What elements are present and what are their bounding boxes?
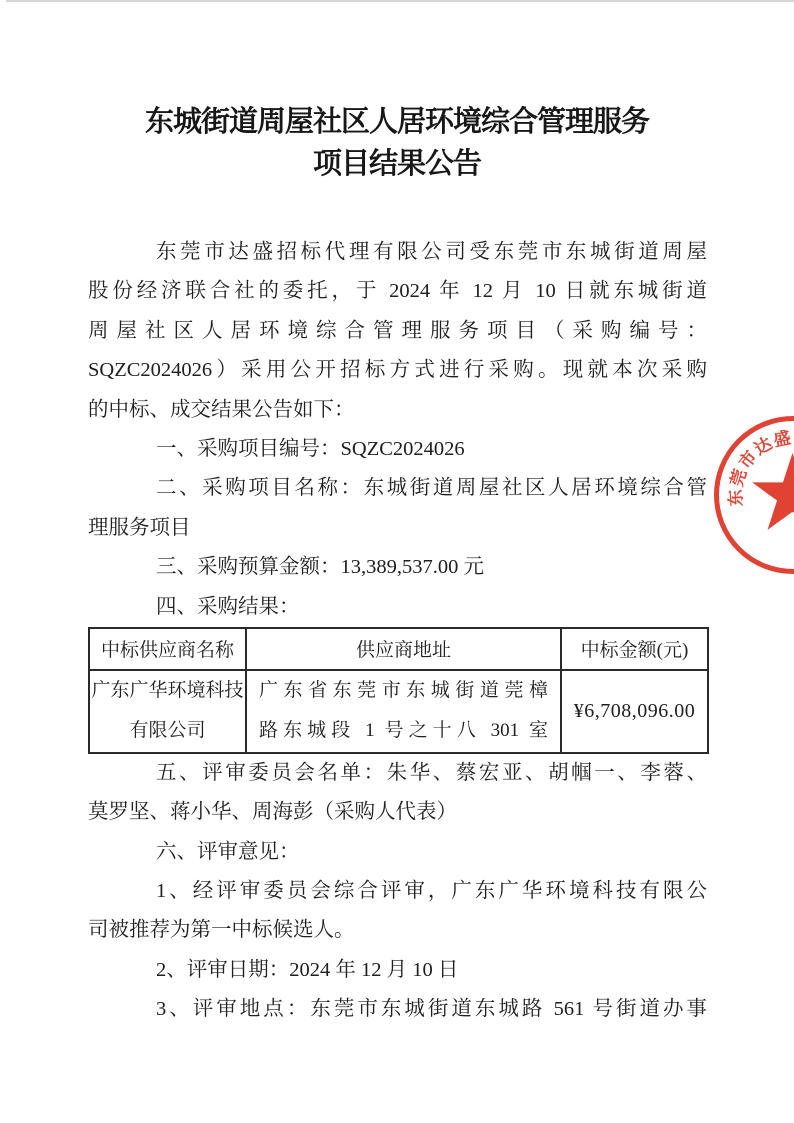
document-page: 东城街道周屋社区人居环境综合管理服务 项目结果公告 东莞市达盛招标代理有限公司受… [0, 0, 794, 1123]
supplier-address-line: 广东省东莞市东城街道莞樟 [247, 671, 560, 711]
body-line: 2、评审日期：2024 年 12 月 10 日 [88, 951, 707, 990]
body-line: 东莞市达盛招标代理有限公司受东莞市东城街道周屋 [88, 233, 707, 272]
body-line: 3、评审地点：东莞市东城街道东城路 561 号街道办事 [88, 990, 707, 1029]
cell-supplier-name: 广东广华环境科技 有限公司 [89, 670, 246, 753]
document-title: 东城街道周屋社区人居环境综合管理服务 项目结果公告 [0, 101, 794, 185]
scan-edge [6, 0, 794, 2]
company-seal: 东 莞 市 达 盛 [714, 416, 794, 574]
cell-supplier-address: 广东省东莞市东城街道莞樟 路东城段 1 号之十八 301 室 [246, 670, 561, 753]
supplier-name-line: 有限公司 [90, 711, 245, 751]
body-line: 二、采购项目名称：东城街道周屋社区人居环境综合管 [88, 469, 707, 508]
body-line: 周屋社区人居环境综合管理服务项目（采购编号： [88, 312, 707, 351]
body-line: 五、评审委员会名单：朱华、蔡宏亚、胡帼一、李蓉、 [88, 754, 707, 793]
body-line: 1、经评审委员会综合评审，广东广华环境科技有限公 [88, 872, 707, 911]
body-line: 理服务项目 [88, 509, 707, 548]
body-line: 莫罗坚、蒋小华、周海彭（采购人代表） [88, 793, 707, 832]
body-line: 三、采购预算金额：13,389,537.00 元 [88, 548, 707, 587]
body-line: 司被推荐为第一中标候选人。 [88, 911, 707, 950]
body-line: 股份经济联合社的委托，于 2024 年 12 月 10 日就东城街道 [88, 272, 707, 311]
table-header-row: 中标供应商名称 供应商地址 中标金额(元) [89, 628, 708, 670]
body-line: 的中标、成交结果公告如下： [88, 391, 707, 430]
header-bid-amount: 中标金额(元) [561, 628, 708, 670]
body-line: 四、采购结果： [88, 588, 707, 627]
seal-character: 东 [721, 489, 747, 507]
body-line: 六、评审意见： [88, 833, 707, 872]
supplier-address-line: 路东城段 1 号之十八 301 室 [247, 711, 560, 751]
body-line: 一、采购项目编号：SQZC2024026 [88, 430, 707, 469]
document-body: 东莞市达盛招标代理有限公司受东莞市东城街道周屋 股份经济联合社的委托，于 202… [88, 233, 707, 1030]
title-line-2: 项目结果公告 [0, 143, 794, 185]
table-row: 广东广华环境科技 有限公司 广东省东莞市东城街道莞樟 路东城段 1 号之十八 3… [89, 670, 708, 753]
title-line-1: 东城街道周屋社区人居环境综合管理服务 [0, 101, 794, 143]
header-supplier-address: 供应商地址 [246, 628, 561, 670]
header-supplier-name: 中标供应商名称 [89, 628, 246, 670]
supplier-name-line: 广东广华环境科技 [90, 671, 245, 711]
body-line: SQZC2024026）采用公开招标方式进行采购。现就本次采购 [88, 351, 707, 390]
procurement-result-table: 中标供应商名称 供应商地址 中标金额(元) 广东广华环境科技 有限公司 广东省东… [88, 627, 709, 754]
cell-bid-amount: ¥6,708,096.00 [561, 670, 708, 753]
